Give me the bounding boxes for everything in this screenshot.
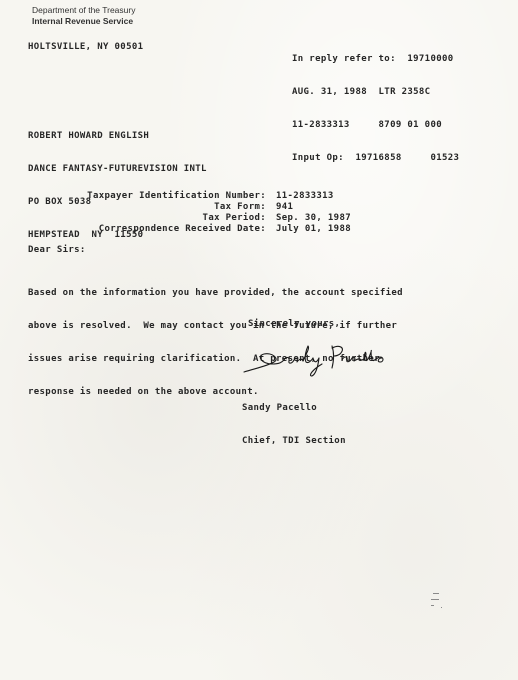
signer-name: Sandy Pacello — [242, 403, 346, 414]
signature-icon — [242, 340, 392, 378]
identification-label: Tax Period: — [28, 213, 266, 224]
identification-row: Correspondence Received Date: July 01, 1… — [28, 224, 351, 235]
identification-label: Correspondence Received Date: — [28, 224, 266, 235]
identification-row: Tax Form: 941 — [28, 202, 351, 213]
reference-line: 11-2833313 8709 01 000 — [292, 120, 459, 131]
reference-line: In reply refer to: 19710000 — [292, 54, 459, 65]
department-name: Department of the Treasury — [32, 5, 135, 16]
reference-block: In reply refer to: 19710000 AUG. 31, 198… — [292, 32, 459, 175]
reference-line: Input Op: 19716858 01523 — [292, 153, 459, 164]
recipient-line: ROBERT HOWARD ENGLISH — [28, 131, 207, 142]
body-line: response is needed on the above account. — [28, 387, 403, 398]
identification-label: Taxpayer Identification Number: — [28, 191, 266, 202]
body-line: Based on the information you have provid… — [28, 288, 403, 299]
recipient-line: DANCE FANTASY-FUTUREVISION INTL — [28, 164, 207, 175]
identification-value: 941 — [266, 202, 293, 213]
body-line: above is resolved. We may contact you in… — [28, 321, 403, 332]
reference-line: AUG. 31, 1988 LTR 2358C — [292, 87, 459, 98]
identification-block: Taxpayer Identification Number: 11-28333… — [28, 191, 351, 235]
letter-body: Based on the information you have provid… — [28, 266, 403, 409]
agency-name: Internal Revenue Service — [32, 16, 135, 27]
identification-row: Taxpayer Identification Number: 11-28333… — [28, 191, 351, 202]
paper-specks — [430, 592, 446, 612]
identification-label: Tax Form: — [28, 202, 266, 213]
closing: Sincerely yours, — [248, 319, 340, 330]
salutation: Dear Sirs: — [28, 245, 86, 256]
identification-row: Tax Period: Sep. 30, 1987 — [28, 213, 351, 224]
identification-value: Sep. 30, 1987 — [266, 213, 351, 224]
signer-title: Chief, TDI Section — [242, 436, 346, 447]
identification-value: July 01, 1988 — [266, 224, 351, 235]
letterhead: Department of the Treasury Internal Reve… — [32, 5, 135, 26]
signer-block: Sandy Pacello Chief, TDI Section — [242, 381, 346, 458]
identification-value: 11-2833313 — [266, 191, 334, 202]
return-address: HOLTSVILLE, NY 00501 — [28, 42, 143, 53]
